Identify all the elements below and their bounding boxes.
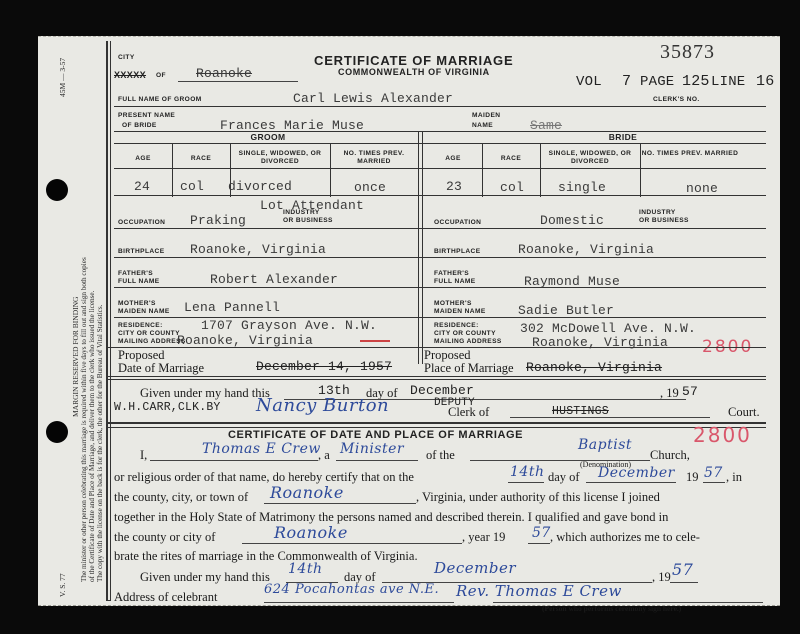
register-line: 16 — [756, 73, 774, 90]
register-page-label: PAGE — [640, 74, 674, 90]
bond-year: 57 — [532, 525, 551, 541]
groom-section-label: GROOM — [238, 133, 298, 141]
bond-county-underline — [242, 543, 462, 544]
bride-status: single — [558, 180, 606, 195]
ceremony-year-prefix: 19 — [686, 470, 699, 485]
marriage-certificate: 45M — 3-57 V. S. 77 MARGIN RESERVED FOR … — [38, 36, 780, 606]
bride-birthplace-label: BIRTHPLACE — [434, 248, 481, 256]
ceremony-month-underline — [586, 482, 676, 483]
groom-col-divider-3 — [330, 143, 331, 197]
margin-binding-note: MARGIN RESERVED FOR BINDING — [71, 297, 80, 417]
groom-age-header: AGE — [114, 155, 172, 163]
ceremony-line4: together in the Holy State of Matrimony … — [114, 510, 668, 525]
ceremony-heading: Certificate of Date and Place of Marriag… — [228, 429, 523, 441]
groom-industry-label-1: INDUSTRY — [283, 209, 320, 217]
ceremony-line2-prefix: or religious order of that name, do here… — [114, 470, 414, 485]
groom-bride-divider-2 — [422, 132, 423, 364]
bride-occupation-label: OCCUPATION — [434, 219, 481, 227]
bride-mother-label-1: MOTHER'S — [434, 300, 472, 308]
bride-residence-street: 302 McDowell Ave. N.W. — [520, 321, 696, 336]
bottom-border — [108, 600, 110, 601]
form-id: V. S. 77 — [58, 573, 67, 597]
maiden-name-label-1: MAIDEN — [472, 112, 500, 120]
given-year-underline — [670, 582, 698, 583]
bride-industry-label-1: INDUSTRY — [639, 209, 676, 217]
deputy-signature: Nancy Burton — [256, 395, 389, 416]
bride-name-label-1: PRESENT NAME — [118, 112, 175, 120]
signature-caption: (Person who performs ceremony sign here.… — [542, 604, 681, 613]
ceremony-year: 57 — [704, 465, 723, 481]
bride-birthplace: Roanoke, Virginia — [518, 242, 654, 257]
groom-mother-label-1: MOTHER'S — [118, 300, 156, 308]
bride-industry-label-2: OR BUSINESS — [639, 217, 689, 225]
celebrant-underline — [150, 460, 318, 461]
ceremony-day: 14th — [510, 464, 544, 480]
county-label: OF — [156, 72, 166, 80]
bride-status-header: SINGLE, WIDOWED, OR DIVORCED — [540, 150, 640, 166]
bride-mother: Sadie Butler — [518, 303, 614, 318]
bride-race: col — [500, 180, 524, 195]
clerks-no-label: CLERK'S NO. — [653, 96, 700, 104]
ceremony-given-year: 57 — [672, 560, 693, 579]
ceremony-day-underline — [508, 482, 544, 483]
ceremony-i: I, — [140, 448, 147, 463]
ceremony-given-month: December — [434, 559, 516, 577]
bride-col-divider-2 — [540, 143, 541, 197]
county-struck: XXXXX — [114, 71, 146, 79]
bride-times-married: none — [686, 181, 718, 196]
title-underline — [336, 460, 418, 461]
bride-section-label: BRIDE — [593, 133, 653, 141]
clerk-name: W.H.CARR,CLK.BY — [114, 401, 221, 414]
city-label: CITY — [118, 54, 135, 62]
ceremony-line6: brate the rites of marriage in the Commo… — [114, 549, 418, 564]
bride-age-header: AGE — [424, 155, 482, 163]
red-underline-mark — [360, 340, 390, 342]
court-suffix: Court. — [728, 405, 760, 420]
section-divider-1 — [108, 422, 766, 424]
groom-name-line — [114, 106, 766, 107]
ceremony-line3-suffix: , Virginia, under authority of this lice… — [416, 490, 660, 505]
groom-col-divider-1 — [172, 143, 173, 197]
groom-residence-label-3: MAILING ADDRESS — [118, 338, 186, 346]
proposed-place-label-2: Place of Marriage — [424, 361, 514, 376]
ceremony-line5-mid: , year 19 — [462, 530, 505, 545]
ceremony-year-underline — [703, 482, 725, 483]
ceremony-line3-prefix: the county, city, or town of — [114, 490, 248, 505]
ceremony-given-year-prefix: , 19 — [652, 570, 671, 585]
ceremony-line5-prefix: the county or city of — [114, 530, 215, 545]
punch-hole-top — [46, 179, 68, 201]
certificate-title: CERTIFICATE OF MARRIAGE — [314, 53, 513, 68]
celebrant-address: 624 Pocahontas ave N.E. — [264, 582, 439, 597]
groom-father: Robert Alexander — [210, 272, 338, 287]
serial-number: 35873 — [660, 41, 715, 64]
groom-mother: Lena Pannell — [184, 300, 280, 315]
groom-industry-label-2: OR BUSINESS — [283, 217, 333, 225]
church-label: Church, — [650, 448, 690, 463]
groom-occupation-label: OCCUPATION — [118, 219, 165, 227]
maiden-name-label-2: NAME — [472, 122, 493, 130]
ceremony-year-suffix: , in — [726, 470, 742, 485]
ceremony-given-day: 14th — [288, 561, 322, 577]
bride-occupation: Domestic — [540, 213, 604, 228]
groom-status-header: SINGLE, WIDOWED, OR DIVORCED — [230, 150, 330, 166]
certificate-subtitle: Commonwealth of Virginia — [338, 67, 490, 77]
bride-col-divider-1 — [482, 143, 483, 197]
table-values-line — [114, 195, 766, 196]
proposed-line-2 — [108, 379, 766, 380]
bride-age: 23 — [446, 179, 462, 194]
groom-birthplace: Roanoke, Virginia — [190, 242, 326, 257]
groom-occupation: Praking — [190, 213, 246, 228]
proposed-place: Roanoke, Virginia — [526, 360, 662, 375]
groom-name: Carl Lewis Alexander — [293, 91, 453, 106]
ceremony-town: Roanoke — [270, 483, 344, 502]
bride-times-header: NO. TIMES PREV. MARRIED — [640, 150, 740, 158]
ceremony-line5-suffix: , which authorizes me to cele- — [550, 530, 700, 545]
groom-race: col — [180, 179, 204, 194]
bride-residence-label-2: CITY OR COUNTY — [434, 330, 496, 338]
license-month: December — [410, 383, 474, 398]
court-underline — [510, 417, 710, 418]
occupation-line — [114, 228, 766, 229]
clerk-of-label: Clerk of — [448, 405, 489, 420]
celebrant-name: Thomas E Crew — [202, 441, 321, 457]
license-year-prefix: , 19 — [660, 386, 679, 401]
groom-race-header: RACE — [172, 155, 230, 163]
bride-father-label-1: FATHER'S — [434, 270, 469, 278]
groom-bride-divider — [418, 132, 419, 364]
groom-residence-label-1: RESIDENCE: — [118, 322, 163, 330]
register-vol-label: VOL — [576, 74, 602, 90]
license-year: 57 — [682, 384, 698, 399]
groom-times-married: once — [354, 180, 386, 195]
signature-underline — [493, 602, 763, 603]
frame-left-border-inner — [110, 41, 111, 601]
groom-age: 24 — [134, 179, 150, 194]
bride-father-label-2: FULL NAME — [434, 278, 476, 286]
groom-father-label-2: FULL NAME — [118, 278, 160, 286]
groom-name-label: FULL NAME OF GROOM — [118, 96, 202, 104]
groom-father-label-1: FATHER'S — [118, 270, 153, 278]
groom-birthplace-label: BIRTHPLACE — [118, 248, 165, 256]
bride-col-divider-3 — [640, 143, 641, 197]
celebrant-address-label: Address of celebrant — [114, 590, 217, 605]
ceremony-month: December — [598, 465, 675, 481]
frame-left-border — [106, 41, 108, 601]
bride-name-label-2: OF BRIDE — [122, 122, 157, 130]
celebrant-signature: Rev. Thomas E Crew — [456, 582, 622, 600]
bond-county: Roanoke — [274, 523, 348, 542]
register-line-label: LINE — [711, 74, 745, 90]
groom-residence-label-2: CITY OR COUNTY — [118, 330, 180, 338]
register-page: 125 — [682, 73, 710, 90]
bride-name-line — [114, 131, 766, 132]
punch-hole-bottom — [46, 421, 68, 443]
table-header-line — [114, 168, 766, 169]
address-underline — [264, 602, 454, 603]
bride-residence-label-1: RESIDENCE: — [434, 322, 479, 330]
license-given-prefix: Given under my hand this — [140, 386, 270, 401]
bride-residence-label-3: MAILING ADDRESS — [434, 338, 502, 346]
denomination: Baptist — [578, 437, 632, 453]
ceremony-a: , a — [318, 448, 330, 463]
birthplace-line — [114, 257, 766, 258]
ceremony-day-of: day of — [548, 470, 580, 485]
margin-instruction-3: The copy with the license on the back is… — [96, 305, 105, 582]
groom-mother-label-2: MAIDEN NAME — [118, 308, 170, 316]
groom-status: divorced — [228, 179, 292, 194]
bride-mother-label-2: MAIDEN NAME — [434, 308, 486, 316]
bride-race-header: RACE — [482, 155, 540, 163]
county-value: Roanoke — [196, 66, 252, 81]
father-line — [114, 287, 766, 288]
groom-residence-city: Roanoke, Virginia — [177, 333, 313, 348]
ceremony-of-the: of the — [426, 448, 455, 463]
form-code: 45M — 3-57 — [58, 58, 67, 97]
proposed-line — [108, 376, 766, 377]
groom-times-header: NO. TIMES PREV. MARRIED — [330, 150, 418, 166]
red-annotation-ceremony: 2800 — [693, 423, 752, 447]
bond-year-underline — [528, 543, 550, 544]
ceremony-given-prefix: Given under my hand this — [140, 570, 270, 585]
groom-residence-street: 1707 Grayson Ave. N.W. — [201, 318, 377, 333]
register-vol: 7 — [622, 73, 631, 90]
section-divider-2 — [108, 427, 766, 428]
county-underline — [178, 81, 298, 82]
proposed-date: December 14, 1957 — [256, 359, 392, 374]
table-top-line — [114, 143, 766, 144]
proposed-date-label-2: Date of Marriage — [118, 361, 204, 376]
town-underline — [264, 503, 416, 504]
celebrant-title: Minister — [340, 441, 404, 457]
